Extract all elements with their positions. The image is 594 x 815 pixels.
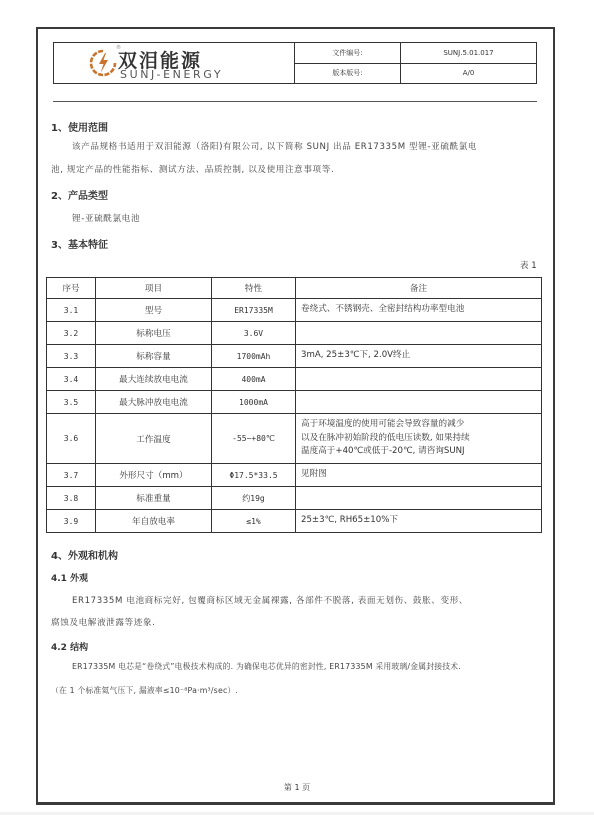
- row-no: 3.4: [47, 368, 96, 391]
- page-number: 第 1 页: [0, 782, 594, 793]
- table-caption: 表 1: [520, 259, 537, 271]
- row-no: 3.9: [47, 510, 96, 533]
- table-row: 3.8 标准重量 约19g: [47, 487, 542, 510]
- header-divider: [53, 101, 537, 102]
- company-name-en: SUNJ-ENERGY: [120, 68, 223, 81]
- version-label: 版本版号:: [295, 64, 401, 84]
- table-row: 3.9 年自放电率 ≤1% 25±3℃, RH65±10%下: [47, 510, 542, 533]
- section-4-2-title: 4.2 结构: [51, 640, 88, 653]
- table-row: 3.7 外形尺寸（mm） Φ17.5*33.5 见附图: [47, 464, 542, 487]
- row-no: 3.1: [47, 299, 96, 322]
- col-header-note: 备注: [296, 278, 542, 299]
- table-row: 3.4 最大连续放电电流 400mA: [47, 368, 542, 391]
- row-item: 外形尺寸（mm）: [96, 464, 212, 487]
- row-no: 3.6: [47, 414, 96, 464]
- table-row: 3.6 工作温度 -55~+80℃ 高于环境温度的使用可能会导致容量的减少 以及…: [47, 414, 542, 464]
- row-note: 25±3℃, RH65±10%下: [296, 510, 542, 533]
- row-item: 最大连续放电电流: [96, 368, 212, 391]
- row-note: [296, 487, 542, 510]
- table-row: 3.2 标称电压 3.6V: [47, 322, 542, 345]
- col-header-value: 特性: [212, 278, 296, 299]
- row-no: 3.8: [47, 487, 96, 510]
- row-note-line: 高于环境温度的使用可能会导致容量的减少: [301, 418, 541, 432]
- row-item: 最大脉冲放电电流: [96, 391, 212, 414]
- row-item: 标称容量: [96, 345, 212, 368]
- section-1-para-line1: 该产品规格书适用于双泪能源（洛阳)有限公司, 以下简称 SUNJ 出品 ER17…: [72, 140, 477, 152]
- section-4-2-line1: ER17335M 电芯是“卷绕式”电极技术构成的. 为确保电芯优异的密封性, E…: [72, 661, 461, 672]
- row-note: 高于环境温度的使用可能会导致容量的减少 以及在脉冲初始阶段的低电压读数, 如果持…: [296, 414, 542, 464]
- row-no: 3.5: [47, 391, 96, 414]
- document-header: ® 双泪能源 SUNJ-ENERGY 文件编号: SUNJ.5.01.017 版…: [53, 42, 537, 84]
- row-no: 3.3: [47, 345, 96, 368]
- row-note: 见附图: [296, 464, 542, 487]
- company-logo: ® 双泪能源 SUNJ-ENERGY: [54, 43, 295, 83]
- row-note: [296, 368, 542, 391]
- row-note-line: 以及在脉冲初始阶段的低电压读数, 如果持续: [301, 432, 541, 446]
- row-value: ≤1%: [212, 510, 296, 533]
- row-value: 3.6V: [212, 322, 296, 345]
- section-4-1-line2: 腐蚀及电解液泄露等迹象.: [51, 616, 155, 628]
- section-4-1-line1: ER17335M 电池商标完好, 包覆商标区域无金属裸露, 各部件不脱落, 表面…: [72, 594, 468, 606]
- row-note: [296, 322, 542, 345]
- row-value: -55~+80℃: [212, 414, 296, 464]
- row-value: 约19g: [212, 487, 296, 510]
- row-item: 年自放电率: [96, 510, 212, 533]
- row-no: 3.7: [47, 464, 96, 487]
- section-1-para-line2: 池, 规定产品的性能指标、测试方法、品质控制, 以及使用注意事项等.: [51, 163, 334, 175]
- section-2-title: 2、产品类型: [51, 187, 108, 202]
- section-4-title: 4、外观和机构: [51, 547, 118, 562]
- row-value: ER17335M: [212, 299, 296, 322]
- row-item: 工作温度: [96, 414, 212, 464]
- row-value: 1000mA: [212, 391, 296, 414]
- table-row: 3.3 标称容量 1700mAh 3mA, 25±3℃下, 2.0V终止: [47, 345, 542, 368]
- section-4-2-line2: （在 1 个标准氦气压下, 漏液率≤10⁻⁸Pa·m³/sec）.: [51, 685, 238, 696]
- row-note-line: 温度高于+40℃或低于-20℃, 请咨询SUNJ: [301, 445, 541, 459]
- row-value: Φ17.5*33.5: [212, 464, 296, 487]
- row-note: 卷绕式、不锈钢壳、全密封结构功率型电池: [296, 299, 542, 322]
- section-1-title: 1、使用范围: [51, 119, 108, 134]
- version-value: A/0: [401, 64, 536, 84]
- table-row: 3.5 最大脉冲放电电流 1000mA: [47, 391, 542, 414]
- version-row: 版本版号: A/0: [295, 63, 536, 84]
- document-meta: 文件编号: SUNJ.5.01.017 版本版号: A/0: [295, 43, 536, 83]
- row-value: 400mA: [212, 368, 296, 391]
- row-note: 3mA, 25±3℃下, 2.0V终止: [296, 345, 542, 368]
- section-4-1-title: 4.1 外观: [51, 571, 88, 584]
- row-item: 型号: [96, 299, 212, 322]
- section-3-title: 3、基本特征: [51, 236, 108, 251]
- spec-table: 序号 项目 特性 备注 3.1 型号 ER17335M 卷绕式、不锈钢壳、全密封…: [46, 277, 542, 533]
- row-item: 标准重量: [96, 487, 212, 510]
- row-item: 标称电压: [96, 322, 212, 345]
- doc-number-label: 文件编号:: [295, 43, 401, 63]
- lightning-bolt-logo-icon: [88, 48, 118, 78]
- table-row: 3.1 型号 ER17335M 卷绕式、不锈钢壳、全密封结构功率型电池: [47, 299, 542, 322]
- table-header-row: 序号 项目 特性 备注: [47, 278, 542, 299]
- row-value: 1700mAh: [212, 345, 296, 368]
- row-no: 3.2: [47, 322, 96, 345]
- doc-number-value: SUNJ.5.01.017: [401, 43, 536, 63]
- row-note: [296, 391, 542, 414]
- col-header-item: 项目: [96, 278, 212, 299]
- col-header-no: 序号: [47, 278, 96, 299]
- section-2-text: 锂-亚硫酰氯电池: [72, 212, 140, 224]
- doc-number-row: 文件编号: SUNJ.5.01.017: [295, 43, 536, 63]
